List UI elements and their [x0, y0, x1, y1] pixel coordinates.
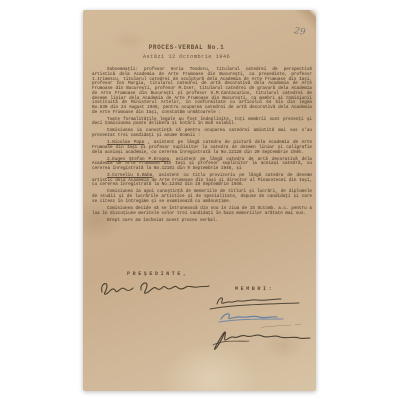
- document-page: 29 PROCES-VERBAL No.1 Astăzi 12 Octombri…: [83, 10, 316, 391]
- scan-background: 29 PROCES-VERBAL No.1 Astăzi 12 Octombri…: [0, 0, 400, 400]
- date-line: Astăzi 12 Octombrie 1946: [83, 54, 290, 60]
- president-signature-icon: [97, 278, 215, 300]
- paragraph-candidate-3: 3.Corneliu G.Baba, asistent cu titlu pro…: [92, 174, 312, 188]
- president-label: PREȘEDINTE,: [127, 271, 189, 277]
- paragraph-candidates-intro: Comisiunea ia cunoștință că pentru ocupa…: [92, 129, 312, 139]
- paragraph-candidate-1: 1.Nicolae Popa , asistent pe lângă cated…: [92, 141, 312, 155]
- paragraph-preamble: Subsemnații: profesor Horia Teodoru, tit…: [92, 68, 312, 116]
- member-signatures-icon: [205, 292, 315, 358]
- page-number: 29: [293, 26, 306, 38]
- document-body: Subsemnații: profesor Horia Teodoru, tit…: [92, 68, 312, 225]
- paragraph-documents: Comisiunea ia apoi cunoștință de memorii…: [92, 190, 312, 204]
- member-signatures: [205, 292, 315, 358]
- president-signature: [97, 278, 215, 300]
- paragraph-closing: Drept care am încheiat acest proces verb…: [92, 219, 312, 224]
- paragraph-candidate-2: 2.Eugen Ștefan P.Drogea, asistent pe lân…: [92, 158, 312, 172]
- document-title: PROCES-VERBAL No.1: [83, 44, 290, 51]
- paragraph-formalities: Toate formalitățile legale au fost îndep…: [92, 118, 312, 128]
- paragraph-next-meeting: Comisiunea decide să se întrunească din …: [92, 207, 312, 217]
